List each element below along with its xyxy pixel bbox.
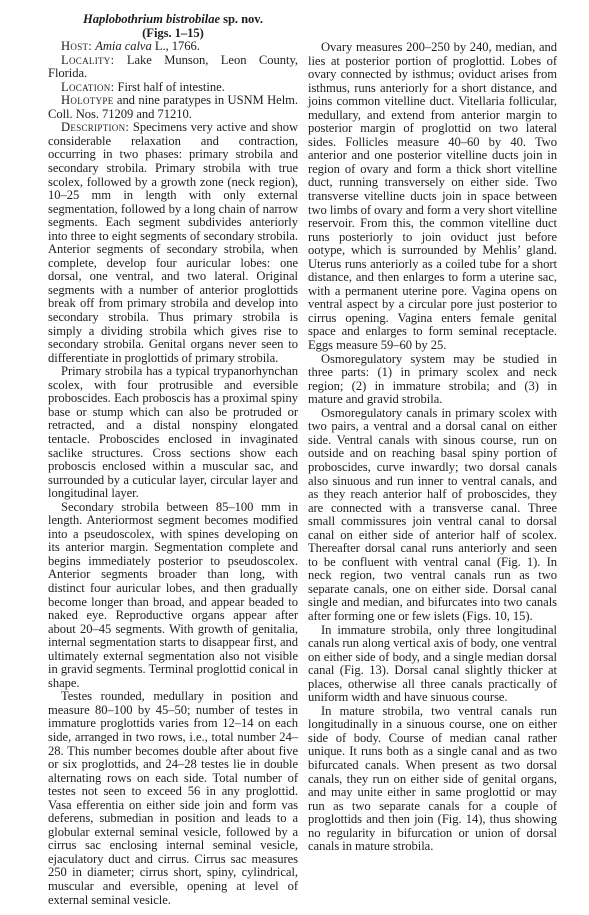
immature-strobila-paragraph: In immature strobila, only three longitu… xyxy=(308,624,557,705)
scolex-paragraph: Primary strobila has a typical trypanorh… xyxy=(48,365,298,500)
holotype-label: Holotype xyxy=(61,93,114,107)
secondary-strobila-paragraph: Secondary strobila between 85–100 mm in … xyxy=(48,501,298,691)
host-label: Host: xyxy=(61,39,92,53)
species-name: Haplobothrium bistrobilae xyxy=(83,12,220,26)
species-suffix: sp. nov. xyxy=(220,12,263,26)
host-authority: L., 1766. xyxy=(152,39,200,53)
ovary-paragraph: Ovary measures 200–250 by 240, median, a… xyxy=(308,41,557,353)
mature-strobila-paragraph: In mature strobila, two ventral canals r… xyxy=(308,705,557,854)
location-line: Location: First half of intestine. xyxy=(48,81,298,95)
testes-paragraph: Testes rounded, medullary in position an… xyxy=(48,690,298,907)
osmoregulatory-intro-paragraph: Osmoregulatory system may be studied in … xyxy=(308,353,557,407)
primary-scolex-canals-paragraph: Osmoregulatory canals in primary scolex … xyxy=(308,407,557,624)
figure-reference: (Figs. 1–15) xyxy=(48,27,298,41)
holotype-line: Holotype and nine paratypes in USNM Helm… xyxy=(48,94,298,121)
locality-line: Locality: Lake Munson, Leon County, Flor… xyxy=(48,54,298,81)
species-title: Haplobothrium bistrobilae sp. nov. xyxy=(48,13,298,27)
right-column: Ovary measures 200–250 by 240, median, a… xyxy=(308,41,557,854)
location-label: Location: xyxy=(61,80,114,94)
description-value: Specimens very active and show considera… xyxy=(48,120,298,364)
host-line: Host: Amia calva L., 1766. xyxy=(48,40,298,54)
locality-label: Locality: xyxy=(61,53,114,67)
description-label: Description: xyxy=(61,120,129,134)
description-paragraph: Description: Specimens very active and s… xyxy=(48,121,298,365)
left-column: Haplobothrium bistrobilae sp. nov. (Figs… xyxy=(48,13,298,907)
host-species: Amia calva xyxy=(95,39,152,53)
location-value: First half of intestine. xyxy=(114,80,224,94)
